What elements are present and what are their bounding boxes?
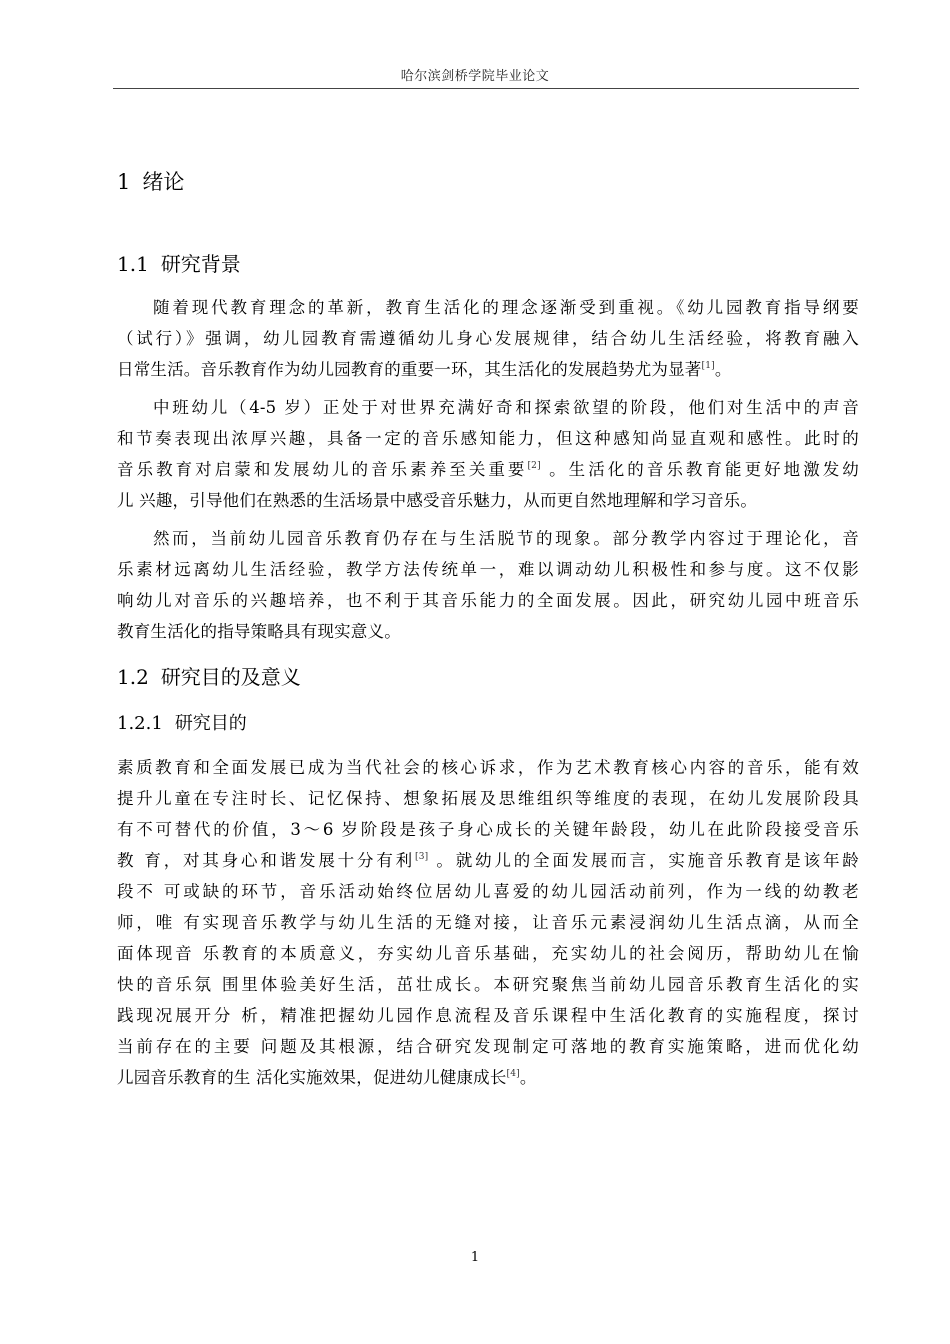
text-line: 儿园音乐教育的生 活化实施效果，促进幼儿健康成长[4]。	[117, 1062, 859, 1093]
text-line: 和节奏表现出浓厚兴趣，具备一定的音乐感知能力，但这种感知尚显直观和感性。此时的	[117, 423, 859, 454]
section-heading-1-1: 1.1研究背景	[117, 248, 241, 277]
citation[interactable]: [1]	[702, 361, 715, 371]
text-line: 提升儿童在专注时长、记忆保持、想象拓展及思维组织等维度的表现，在幼儿发展阶段具	[117, 783, 859, 814]
text-line: 当前存在的主要 问题及其根源，结合研究发现制定可落地的教育实施策略，进而优化幼	[117, 1031, 859, 1062]
text-line: 日常生活。音乐教育作为幼儿园教育的重要一环，其生活化的发展趋势尤为显著[1]。	[117, 354, 859, 385]
text-line: 儿 兴趣，引导他们在熟悉的生活场景中感受音乐魅力，从而更自然地理解和学习音乐。	[117, 485, 859, 516]
text-line: 随着现代教育理念的革新，教育生活化的理念逐渐受到重视。《幼儿园教育指导纲要	[117, 292, 859, 323]
chapter-heading: 1绪论	[117, 166, 184, 196]
paragraph: 素质教育和全面发展已成为当代社会的核心诉求，作为艺术教育核心内容的音乐，能有效 …	[117, 752, 859, 1093]
chapter-number: 1	[117, 170, 130, 194]
text-line: 面体现音 乐教育的本质意义，夯实幼儿音乐基础，充实幼儿的社会阅历，帮助幼儿在愉	[117, 938, 859, 969]
text-line: 然而，当前幼儿园音乐教育仍存在与生活脱节的现象。部分教学内容过于理论化，音	[117, 523, 859, 554]
text-line: 师，唯 有实现音乐教学与幼儿生活的无缝对接，让音乐元素浸润幼儿生活点滴，从而全	[117, 907, 859, 938]
subsection-heading-1-2-1: 1.2.1研究目的	[117, 709, 247, 735]
section-title: 研究目的及意义	[161, 665, 301, 689]
section-number: 1.1	[117, 252, 149, 276]
document-page: 哈尔滨剑桥学院毕业论文 1绪论 1.1研究背景 随着现代教育理念的革新，教育生活…	[0, 0, 950, 1344]
text-line: 音乐教育对启蒙和发展幼儿的音乐素养至关重要[2] 。生活化的音乐教育能更好地激发…	[117, 454, 859, 485]
citation[interactable]: [2]	[527, 461, 540, 471]
text-line: 段不 可或缺的环节，音乐活动始终位居幼儿喜爱的幼儿园活动前列，作为一线的幼教老	[117, 876, 859, 907]
chapter-title: 绪论	[142, 170, 184, 194]
text-line: 中班幼儿（4-5 岁）正处于对世界充满好奇和探索欲望的阶段，他们对生活中的声音	[117, 392, 859, 423]
text-line: 有不可替代的价值，3～6 岁阶段是孩子身心成长的关键年龄段，幼儿在此阶段接受音乐	[117, 814, 859, 845]
subsection-number: 1.2.1	[117, 713, 163, 734]
text-line: 响幼儿对音乐的兴趣培养，也不利于其音乐能力的全面发展。因此，研究幼儿园中班音乐	[117, 585, 859, 616]
paragraph: 然而，当前幼儿园音乐教育仍存在与生活脱节的现象。部分教学内容过于理论化，音 乐素…	[117, 523, 859, 647]
section-number: 1.2	[117, 665, 149, 689]
running-header: 哈尔滨剑桥学院毕业论文	[0, 65, 950, 84]
paragraph: 随着现代教育理念的革新，教育生活化的理念逐渐受到重视。《幼儿园教育指导纲要 （试…	[117, 292, 859, 385]
section-heading-1-2: 1.2研究目的及意义	[117, 661, 301, 690]
text-line: 素质教育和全面发展已成为当代社会的核心诉求，作为艺术教育核心内容的音乐，能有效	[117, 752, 859, 783]
section-title: 研究背景	[161, 252, 241, 276]
citation[interactable]: [4]	[507, 1069, 520, 1079]
subsection-title: 研究目的	[175, 713, 247, 734]
text-line: 快的音乐氛 围里体验美好生活，茁壮成长。本研究聚焦当前幼儿园音乐教育生活化的实	[117, 969, 859, 1000]
citation[interactable]: [3]	[415, 852, 428, 862]
text-line: （试行）》强调，幼儿园教育需遵循幼儿身心发展规律，结合幼儿生活经验，将教育融入	[117, 323, 859, 354]
text-line: 践现况展开分 析，精准把握幼儿园作息流程及音乐课程中生活化教育的实施程度，探讨	[117, 1000, 859, 1031]
text-line: 教育生活化的指导策略具有现实意义。	[117, 616, 859, 647]
text-line: 乐素材远离幼儿生活经验，教学方法传统单一，难以调动幼儿积极性和参与度。这不仅影	[117, 554, 859, 585]
text-line: 教 育，对其身心和谐发展十分有利[3] 。就幼儿的全面发展而言，实施音乐教育是该…	[117, 845, 859, 876]
header-divider	[113, 88, 859, 89]
page-number: 1	[0, 1250, 950, 1265]
paragraph: 中班幼儿（4-5 岁）正处于对世界充满好奇和探索欲望的阶段，他们对生活中的声音 …	[117, 392, 859, 516]
